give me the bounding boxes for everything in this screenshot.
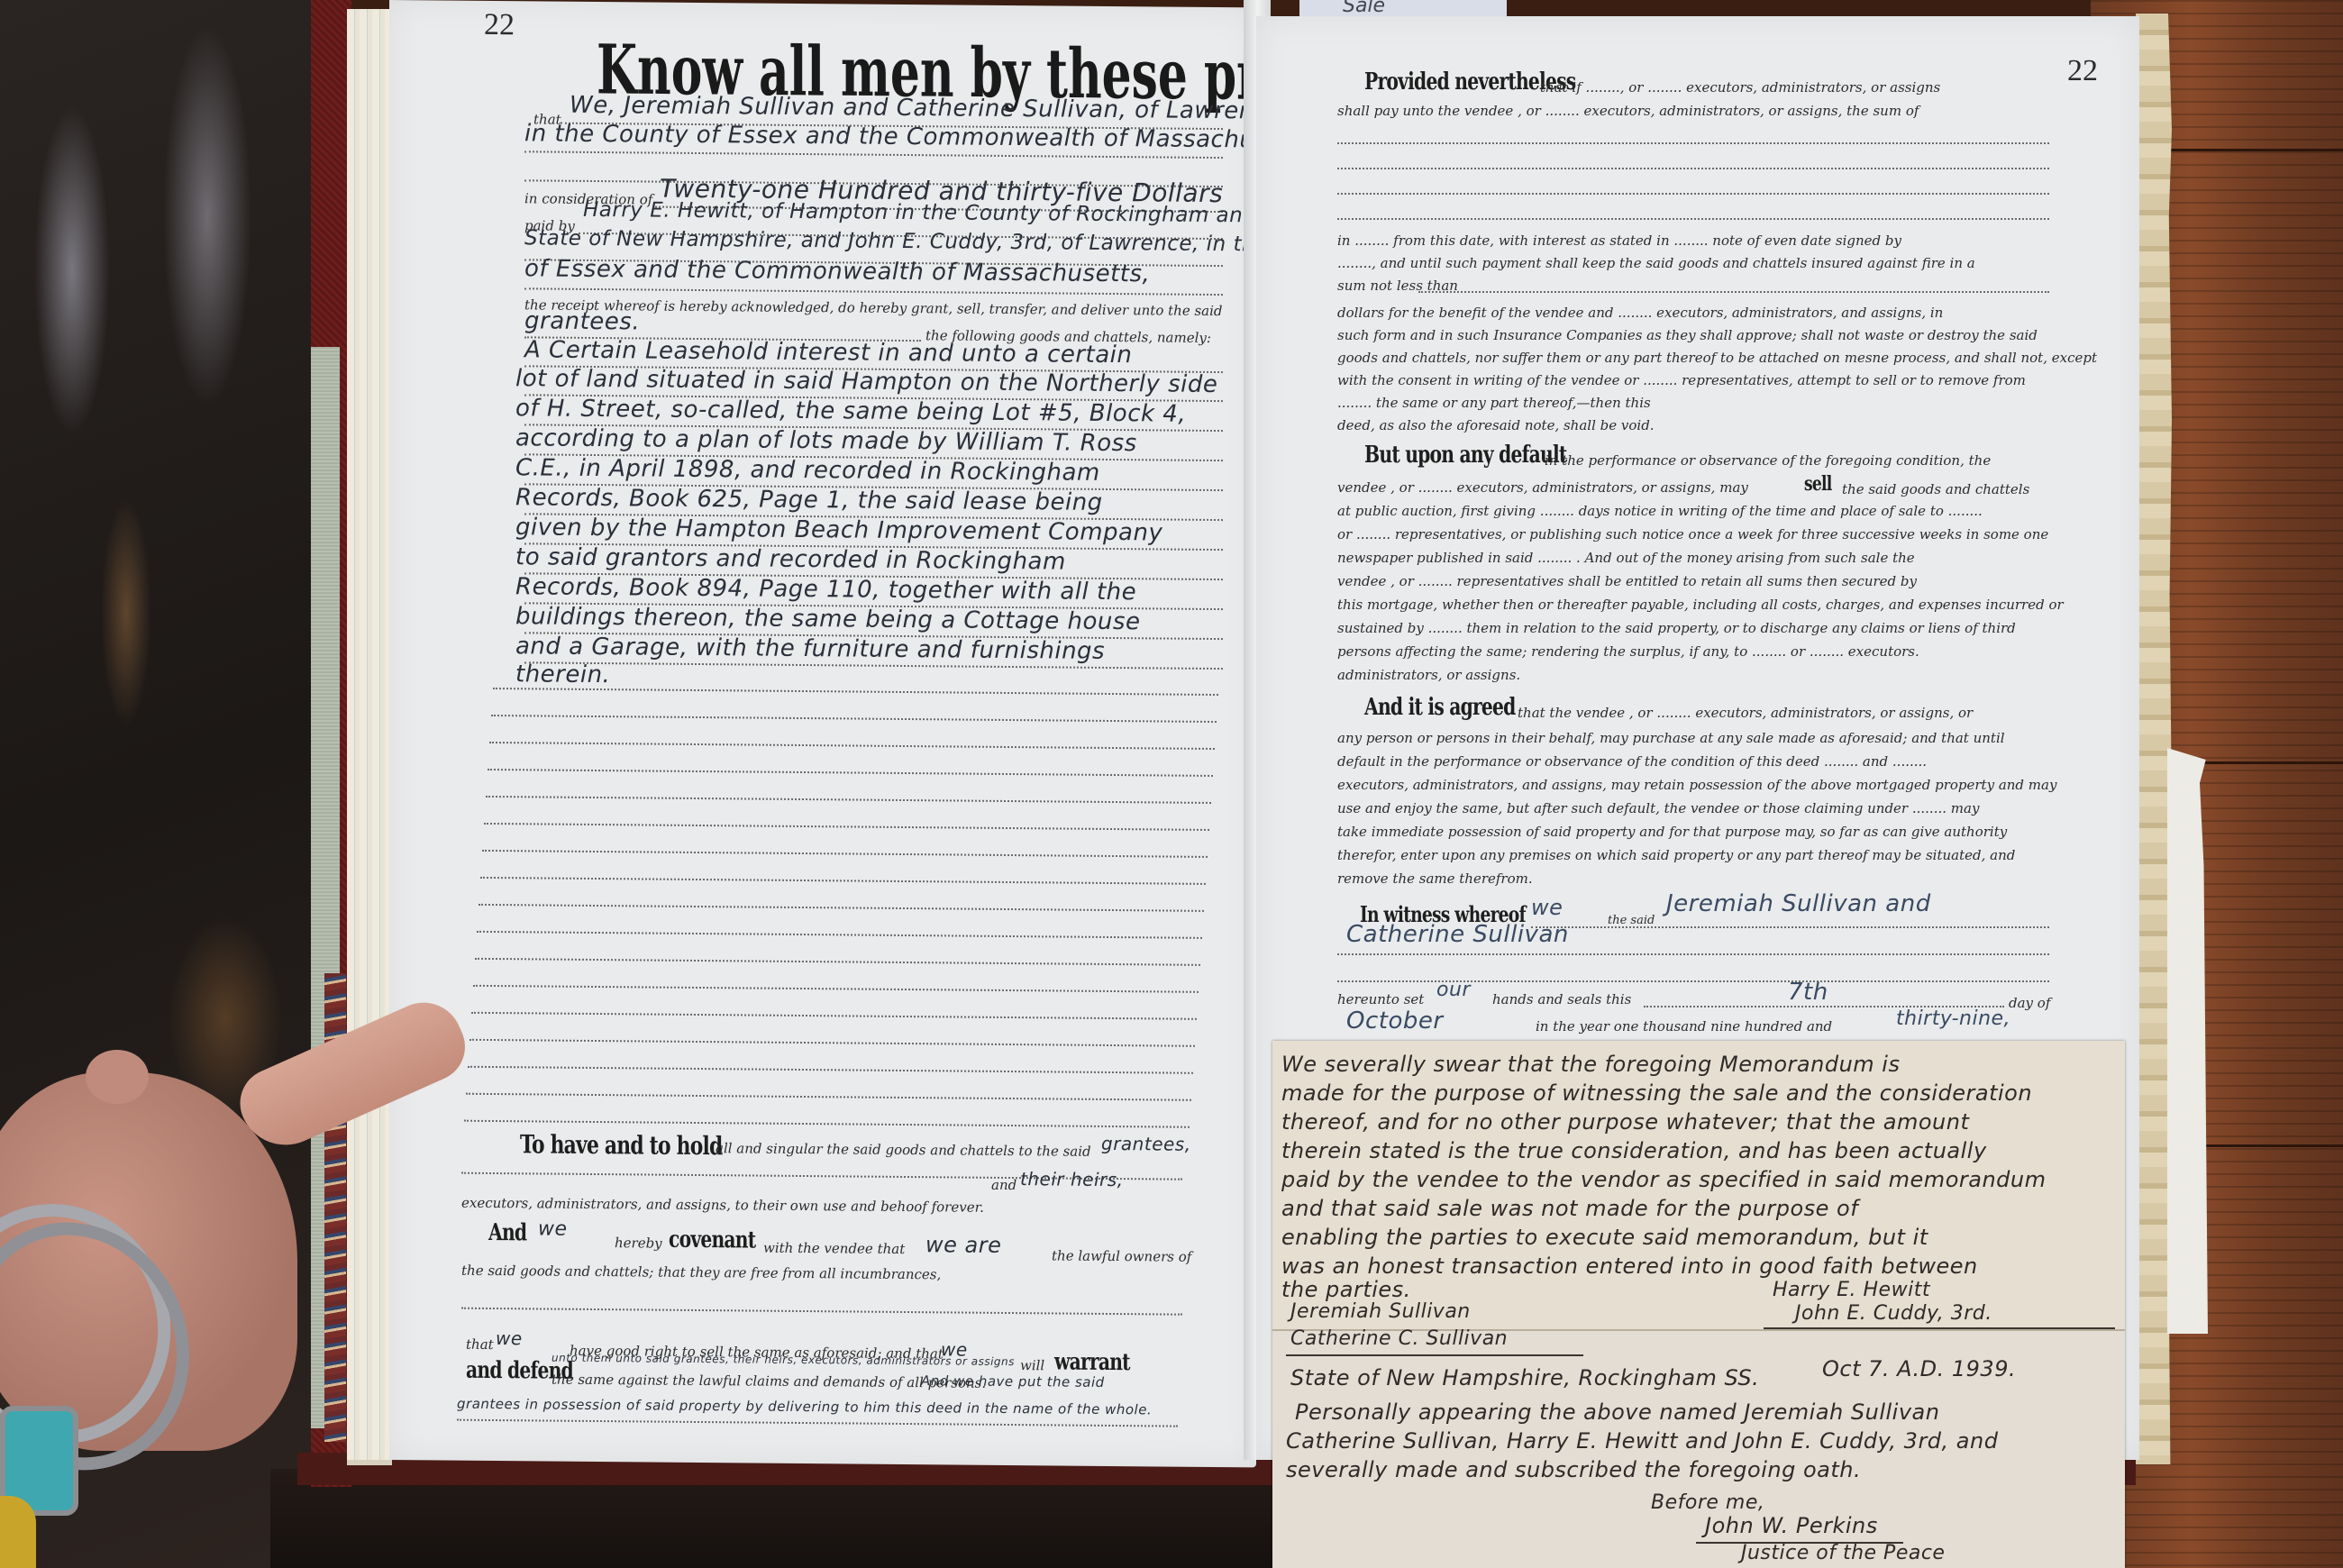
- witness-year: thirty-nine,: [1896, 1007, 2010, 1030]
- proviso-line: goods and chattels, nor suffer them or a…: [1337, 350, 2097, 366]
- habendum-text-2: executors, administrators, and assigns, …: [461, 1195, 984, 1216]
- covenant-text: with the vendee that: [763, 1240, 905, 1257]
- warranty-we: we: [496, 1327, 523, 1349]
- rule: [1418, 291, 2049, 293]
- covenant-heading: covenant: [669, 1226, 755, 1254]
- witness-our: our: [1436, 979, 1471, 1001]
- jurat-official-title: Justice of the Peace: [1741, 1542, 1945, 1564]
- default-line: vendee , or ........ representatives sha…: [1337, 573, 1917, 589]
- description-line: buildings thereon, the same being a Cott…: [515, 603, 1140, 635]
- witness-hands-seals: hands and seals this: [1492, 991, 1631, 1007]
- warranty-will: will: [1020, 1357, 1044, 1373]
- witness-day-of: day of: [2009, 995, 2050, 1011]
- description-line: Records, Book 625, Page 1, the said leas…: [515, 484, 1103, 516]
- default-line: in the performance or observance of the …: [1545, 452, 1991, 469]
- page-number: 22: [484, 8, 515, 42]
- signature-line: [1764, 1327, 2115, 1329]
- proviso-line: ........, and until such payment shall k…: [1337, 255, 1975, 271]
- agreement-line: use and enjoy the same, but after such d…: [1337, 800, 1979, 816]
- proviso-line: ........ the same or any part thereof,—t…: [1337, 395, 1651, 411]
- rule: [1531, 926, 2049, 928]
- rule: [457, 1419, 1178, 1427]
- default-line: vendee , or ........ executors, administ…: [1337, 479, 1748, 496]
- page-stack-left: [347, 9, 392, 1465]
- default-sell: sell: [1804, 472, 1832, 496]
- default-line: newspaper published in said ........ . A…: [1337, 550, 1915, 566]
- proviso-line: in ........ from this date, with interes…: [1337, 232, 1901, 249]
- signature-hewitt: Harry E. Hewitt: [1773, 1279, 1930, 1301]
- description-line: given by the Hampton Beach Improvement C…: [515, 514, 1162, 546]
- covenant-owners: the lawful owners of: [1052, 1247, 1191, 1264]
- agreement-line: any person or persons in their behalf, m…: [1337, 730, 2005, 746]
- jurat-line: severally made and subscribed the forego…: [1286, 1457, 1861, 1482]
- description-line: A Certain Leasehold interest in and unto…: [524, 336, 1132, 369]
- jurat-line: Personally appearing the above named Jer…: [1295, 1399, 1939, 1425]
- witness-names-2: Catherine Sullivan: [1346, 921, 1569, 948]
- goods-description: A Certain Leasehold interest in and unto…: [389, 0, 1256, 7]
- memo-line: was an honest transaction entered into i…: [1281, 1253, 1978, 1279]
- description-line: lot of land situated in said Hampton on …: [515, 365, 1217, 398]
- warranty-heading: warrant: [1054, 1348, 1130, 1376]
- covenant-we: we: [538, 1217, 568, 1240]
- signature-cuddy: John E. Cuddy, 3rd.: [1795, 1302, 1992, 1325]
- rule: [461, 1308, 1182, 1316]
- left-page: 22 Know all men by these presents that W…: [389, 0, 1256, 1467]
- description-line: to said grantors and recorded in Rocking…: [515, 543, 1066, 575]
- rule: [1337, 193, 2049, 195]
- witness-names-1: Jeremiah Sullivan and: [1666, 890, 1931, 917]
- agreement-heading: And it is agreed: [1364, 694, 1516, 721]
- memo-line: paid by the vendee to the vendor as spec…: [1281, 1167, 2046, 1192]
- default-line: administrators, or assigns.: [1337, 667, 1520, 683]
- habendum-party: grantees,: [1101, 1133, 1191, 1155]
- page-number: 22: [2067, 54, 2098, 88]
- witness-we: we: [1531, 895, 1563, 920]
- covenant-we-are: we are: [925, 1232, 1001, 1258]
- warranty-that: that: [466, 1336, 494, 1353]
- proviso-line: such form and in such Insurance Companie…: [1337, 327, 2038, 343]
- default-heading: But upon any default: [1364, 442, 1566, 469]
- proviso-line: dollars for the benefit of the vendee an…: [1337, 305, 1943, 321]
- loose-paper-slip: [2167, 748, 2208, 1334]
- agreement-line: therefor, enter upon any premises on whi…: [1337, 847, 2015, 863]
- witness-hereunto: hereunto set: [1337, 991, 1424, 1007]
- habendum-heading: To have and to hold: [520, 1129, 722, 1161]
- default-line: the said goods and chattels: [1842, 481, 2029, 497]
- rule: [1337, 142, 2049, 144]
- habendum-text: all and singular the said goods and chat…: [716, 1140, 1091, 1160]
- proviso-line: deed, as also the aforesaid note, shall …: [1337, 417, 1655, 433]
- description-line: and a Garage, with the furniture and fur…: [515, 633, 1105, 665]
- description-line: according to a plan of lots made by Will…: [515, 424, 1137, 457]
- warranty-addendum-2: grantees in possession of said property …: [457, 1396, 1152, 1418]
- memo-line: and that said sale was not made for the …: [1281, 1196, 1858, 1221]
- default-line: at public auction, first giving ........…: [1337, 503, 1983, 519]
- description-line: of H. Street, so-called, the same being …: [515, 395, 1186, 427]
- covenant-hereby: hereby: [615, 1235, 662, 1251]
- signature-line: [1286, 1354, 1583, 1356]
- pasted-affidavit: We severally swear that the foregoing Me…: [1272, 1041, 2125, 1568]
- page-stack-right-worn: [2136, 14, 2172, 1464]
- agreement-line: default in the performance or observance…: [1337, 753, 1927, 770]
- memo-line: made for the purpose of witnessing the s…: [1281, 1080, 2032, 1106]
- witness-year-text: in the year one thousand nine hundred an…: [1536, 1018, 1832, 1035]
- jurat-line: Catherine Sullivan, Harry E. Hewitt and …: [1286, 1428, 1998, 1454]
- rule: [1337, 953, 2049, 955]
- default-line: or ........ representatives, or publishi…: [1337, 526, 2048, 542]
- memo-line: therein stated is the true consideration…: [1281, 1138, 1987, 1163]
- signature-jeremiah: Jeremiah Sullivan: [1290, 1300, 1471, 1323]
- habendum-heirs: their heirs,: [1020, 1168, 1124, 1190]
- rule: [1337, 218, 2049, 220]
- memo-line: thereof, and for no other purpose whatev…: [1281, 1109, 1969, 1135]
- signature-catherine: Catherine C. Sullivan: [1290, 1327, 1508, 1350]
- agreement-line: remove the same therefrom.: [1337, 871, 1533, 887]
- memo-line: enabling the parties to execute said mem…: [1281, 1225, 1928, 1250]
- jurat-before-me: Before me,: [1651, 1491, 1764, 1514]
- jurat-date: Oct 7. A.D. 1939.: [1822, 1356, 2016, 1381]
- covenant-text-2: the said goods and chattels; that they a…: [461, 1263, 941, 1283]
- jurat-venue: State of New Hampshire, Rockingham SS.: [1290, 1365, 1759, 1390]
- covenant-heading-and: And: [488, 1219, 526, 1246]
- description-line: Records, Book 894, Page 110, together wi…: [515, 573, 1136, 606]
- proviso-line: with the consent in writing of the vende…: [1337, 372, 2026, 388]
- jurat-official: John W. Perkins: [1705, 1513, 1878, 1538]
- sale-tab-label: Sale: [1343, 0, 1385, 17]
- description-line: C.E., in April 1898, and recorded in Roc…: [515, 454, 1100, 487]
- memo-line: the parties.: [1281, 1277, 1411, 1302]
- default-line: persons affecting the same; rendering th…: [1337, 643, 1919, 660]
- proviso-line: shall pay unto the vendee , or ........ …: [1337, 103, 1919, 119]
- default-line: this mortgage, whether then or thereafte…: [1337, 597, 2064, 613]
- rule: [1337, 168, 2049, 169]
- grantors-line-2: in the County of Essex and the Commonwea…: [524, 120, 1314, 154]
- yellow-sleeve: [0, 1496, 36, 1568]
- description-line: therein.: [515, 661, 610, 688]
- blank-ruled-lines: [389, 0, 1256, 7]
- witness-the-said: the said: [1608, 914, 1655, 927]
- warranty-addendum-1: And we have put the said: [921, 1372, 1105, 1390]
- habendum-and: and: [991, 1177, 1017, 1193]
- paid-by-line-1: Harry E. Hewitt, of Hampton in the Count…: [583, 198, 1299, 228]
- agreement-line: that the vendee , or ........ executors,…: [1518, 705, 1973, 721]
- grantee: grantees.: [524, 307, 640, 335]
- default-line: sustained by ........ them in relation t…: [1337, 620, 2016, 636]
- paid-by-line-3: of Essex and the Commonwealth of Massach…: [524, 255, 1150, 287]
- agreement-line: executors, administrators, and assigns, …: [1337, 777, 2056, 793]
- hand-thumb: [86, 1050, 149, 1104]
- witness-day: 7th: [1788, 979, 1828, 1006]
- witness-month: October: [1346, 1007, 1444, 1035]
- memo-line: We severally swear that the foregoing Me…: [1281, 1052, 1900, 1077]
- grantors-line-1: We, Jeremiah Sullivan and Catherine Sull…: [570, 92, 1282, 125]
- paid-by-line-2: State of New Hampshire, and John E. Cudd…: [524, 226, 1352, 257]
- rule: [524, 287, 1223, 296]
- proviso-line: that if ........, or ........ executors,…: [1540, 79, 1940, 96]
- agreement-line: take immediate possession of said proper…: [1337, 824, 2007, 840]
